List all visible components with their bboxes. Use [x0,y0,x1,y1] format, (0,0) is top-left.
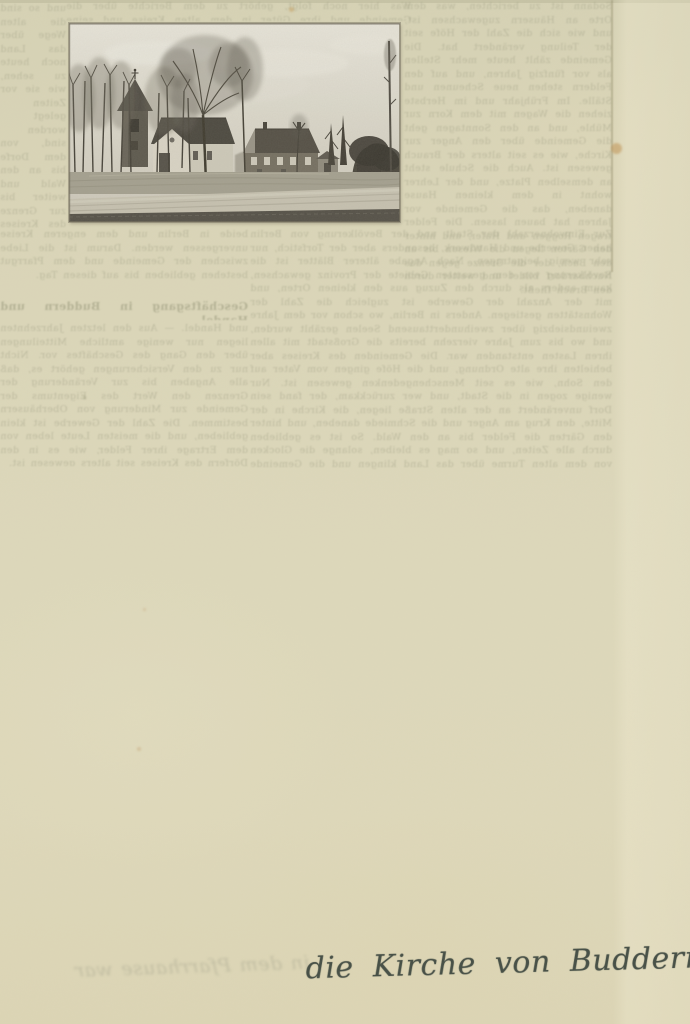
bleedthrough-left-column-b: und Handel. — Aus den letzten Jahrzehnte… [0,322,248,466]
page-right-edge-band [613,0,690,1024]
foxing-spot [143,608,146,611]
bleedthrough-heading: Geschäftsgang in Buddern und Handel. [0,300,248,320]
album-page: und so sind die alten Wege über das Land… [0,0,690,1024]
bleedthrough-above-photo: Was hier noch folgt, gehört zu dem Beric… [66,0,411,21]
page-top-edge-shading [0,0,690,3]
pasted-photograph [69,23,400,222]
foxing-spot [137,747,141,751]
bleedthrough-left-column-a: beide in Berlin und dem engeren Kreise u… [0,228,248,286]
foxing-spot [83,396,86,399]
foxing-spot [289,7,294,12]
bleedthrough-right-column-top: Sodann ist zu berichten, was dem Orte an… [404,0,612,298]
bleedthrough-left-margin: und so sind die alten Wege über das Land… [0,2,66,232]
bleedthrough-ghost-handwriting: in dem Pfarrhause war [54,952,310,1007]
bleedthrough-column-rule [611,0,613,272]
photo-finish [69,23,400,222]
bleedthrough-right-column-b: Zur Einwohnerzahl der Stadt und der Bevö… [250,228,612,472]
handwritten-caption: die Kirche von Buddern. [305,941,685,1018]
